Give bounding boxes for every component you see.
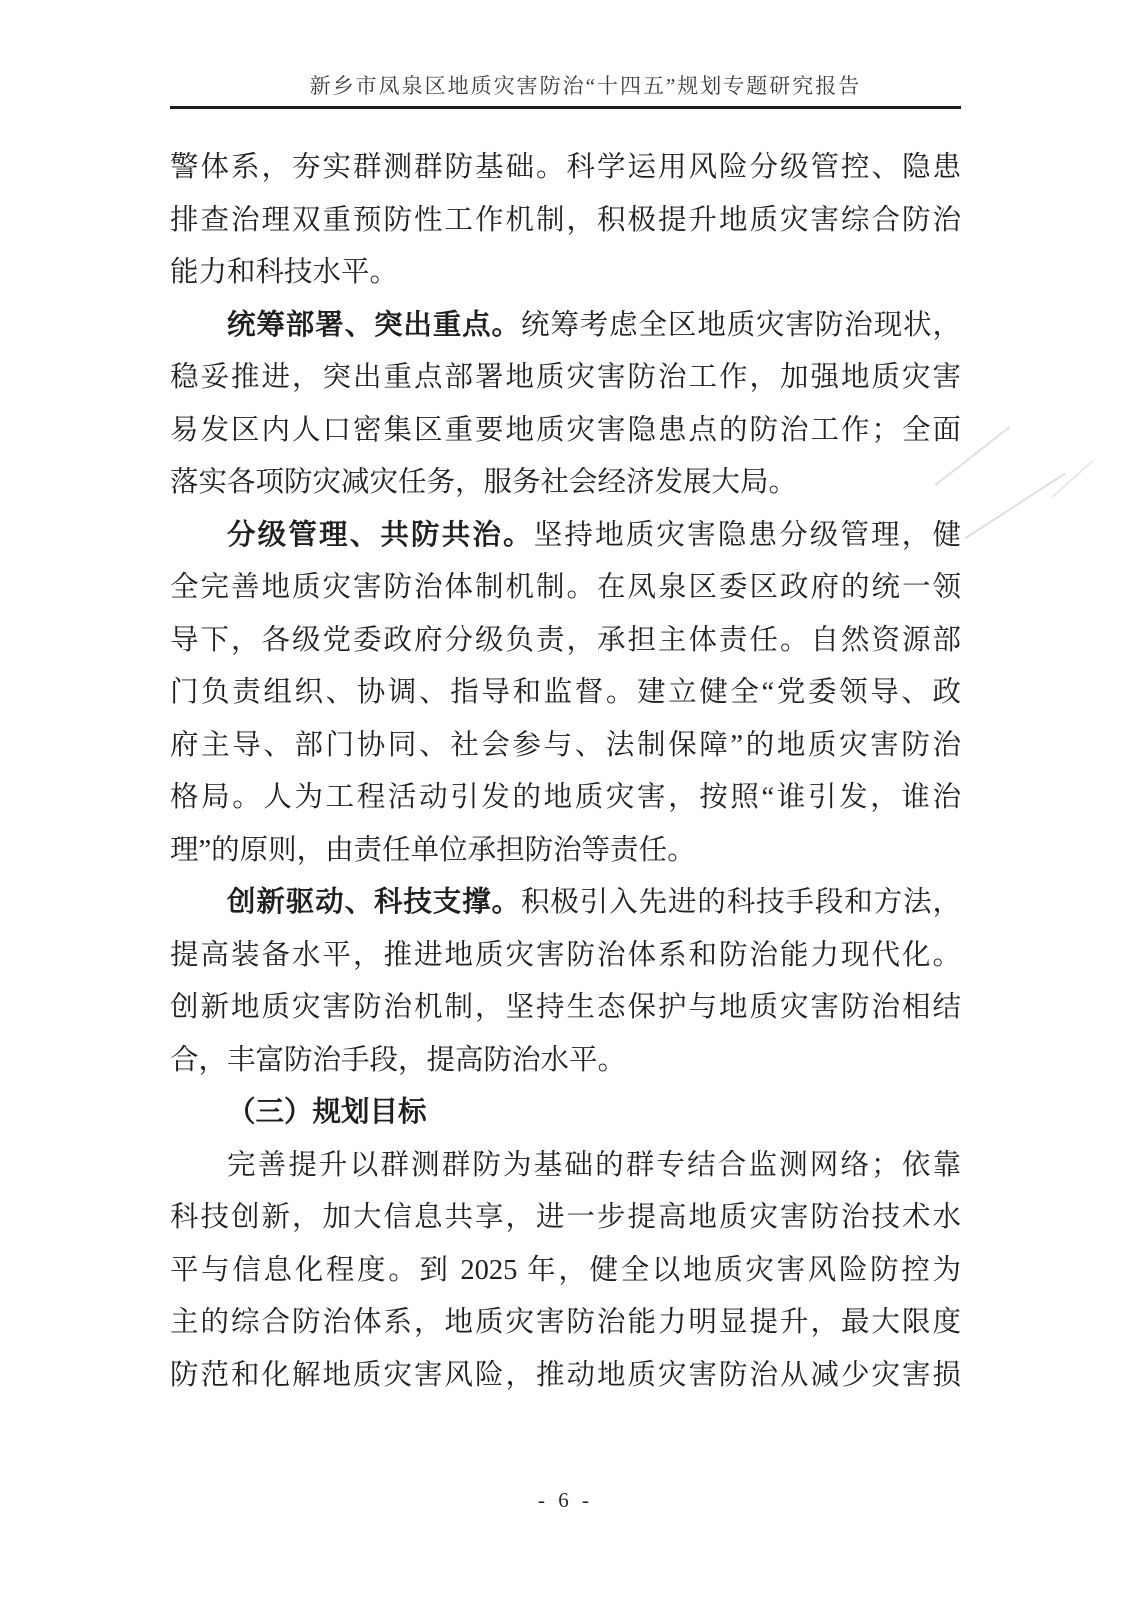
- text-line: 科技创新，加大信息共享，进一步提高地质灾害防治技术水: [170, 1192, 961, 1245]
- text-line: 合，丰富防治手段，提高防治水平。: [170, 1035, 961, 1088]
- bold-lead: 统筹部署、突出重点。: [227, 310, 521, 341]
- header-rule: [170, 106, 961, 109]
- text-line: 全完善地质灾害防治体制机制。在凤泉区委区政府的统一领: [170, 562, 961, 615]
- text-line: 创新驱动、科技支撑。积极引入先进的科技手段和方法，: [170, 877, 961, 930]
- page-number: - 6 -: [0, 1488, 1131, 1513]
- paragraphs: 警体系，夯实群测群防基础。科学运用风险分级管控、隐患排查治理双重预防性工作机制，…: [170, 142, 961, 1402]
- text-line: 能力和科技水平。: [170, 247, 961, 300]
- text-line: 平与信息化程度。到 2025 年，健全以地质灾害风险防控为: [170, 1245, 961, 1298]
- bold-lead: 分级管理、共防共治。: [227, 520, 534, 551]
- text-line: 完善提升以群测群防为基础的群专结合监测网络；依靠: [170, 1140, 961, 1193]
- text-line: 理”的原则，由责任单位承担防治等责任。: [170, 825, 961, 878]
- document-page: 新乡市凤泉区地质灾害防治“十四五”规划专题研究报告 警体系，夯实群测群防基础。科…: [0, 0, 1131, 1600]
- section-heading: （三）规划目标: [170, 1087, 961, 1140]
- scan-artifact: [964, 472, 1066, 539]
- text-line: 主的综合防治体系，地质灾害防治能力明显提升，最大限度: [170, 1297, 961, 1350]
- text-line: 导下，各级党委政府分级负责，承担主体责任。自然资源部: [170, 615, 961, 668]
- text-line: 创新地质灾害防治机制，坚持生态保护与地质灾害防治相结: [170, 982, 961, 1035]
- text-line: 易发区内人口密集区重要地质灾害隐患点的防治工作；全面: [170, 405, 961, 458]
- text-line: 统筹部署、突出重点。统筹考虑全区地质灾害防治现状，: [170, 300, 961, 353]
- text-line: 防范和化解地质灾害风险，推动地质灾害防治从减少灾害损: [170, 1350, 961, 1403]
- page-header-title: 新乡市凤泉区地质灾害防治“十四五”规划专题研究报告: [170, 70, 961, 100]
- text-line: 格局。人为工程活动引发的地质灾害，按照“谁引发，谁治: [170, 772, 961, 825]
- text-line: 落实各项防灾减灾任务，服务社会经济发展大局。: [170, 457, 961, 510]
- text-line: 分级管理、共防共治。坚持地质灾害隐患分级管理，健: [170, 510, 961, 563]
- bold-lead: 创新驱动、科技支撑。: [227, 887, 521, 918]
- text-line: 门负责组织、协调、指导和监督。建立健全“党委领导、政: [170, 667, 961, 720]
- text-line: 排查治理双重预防性工作机制，积极提升地质灾害综合防治: [170, 195, 961, 248]
- document-body: 警体系，夯实群测群防基础。科学运用风险分级管控、隐患排查治理双重预防性工作机制，…: [170, 142, 961, 1402]
- text-line: 提高装备水平，推进地质灾害防治体系和防治能力现代化。: [170, 930, 961, 983]
- text-line: 稳妥推进，突出重点部署地质灾害防治工作，加强地质灾害: [170, 352, 961, 405]
- text-line: 警体系，夯实群测群防基础。科学运用风险分级管控、隐患: [170, 142, 961, 195]
- text-line: 府主导、部门协同、社会参与、法制保障”的地质灾害防治: [170, 720, 961, 773]
